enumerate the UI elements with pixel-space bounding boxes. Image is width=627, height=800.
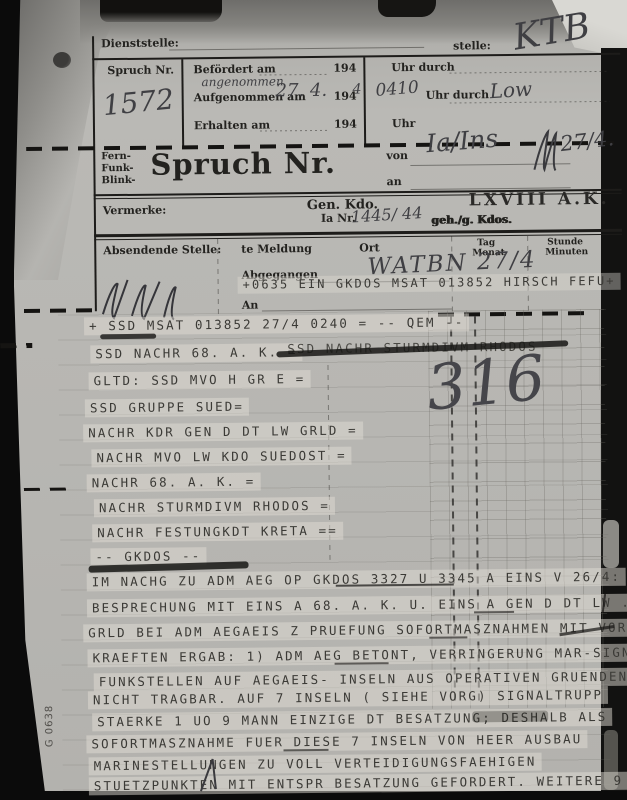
vermerke-label: Vermerke:: [103, 204, 167, 218]
stamp-number-handwritten: 1445/ 44: [350, 203, 423, 226]
dienststelle-label: Dienststelle:: [101, 36, 179, 50]
blink-label: Blink-: [101, 175, 135, 186]
an-label: an: [386, 175, 401, 188]
erhalten-label: Erhalten am: [194, 118, 270, 132]
col-minuten: Minuten: [545, 247, 588, 257]
dashed-separator-left: [24, 308, 96, 313]
message-line: NACHR KDR GEN D DT LW GRLD =: [83, 421, 363, 442]
message-line: GLTD: SSD MVO H GR E =: [89, 370, 311, 390]
message-line: SSD NACHR 68. A. K. =: [90, 343, 302, 363]
erhalten-uhr: Uhr: [392, 117, 416, 130]
margin-dashes-2: [24, 488, 72, 492]
pen-check-mark: [197, 753, 227, 793]
dienststelle-line: [169, 47, 424, 51]
aufgenommen-by: Low: [489, 77, 533, 104]
message-line: NACHR 68. A. K. =: [87, 473, 261, 493]
von-handwritten: Ia/Ins: [425, 124, 499, 159]
aufgenommen-uhr-durch: Uhr durch: [426, 88, 490, 102]
col-absendende-stelle: Absendende Stelle:: [103, 243, 221, 257]
von-date-handwritten: 27/4.: [559, 126, 615, 156]
underline-mark-masz: [429, 636, 467, 638]
spruch-title: Spruch Nr.: [150, 146, 336, 182]
message-line: NACHR FESTUNGKDT KRETA ==: [92, 522, 343, 543]
header-divider: [92, 53, 620, 61]
underline-mark-gen-d: [474, 611, 514, 613]
stelle-handwritten-value: KTB: [510, 5, 593, 58]
erhalten-year: 194: [334, 118, 357, 131]
spruch-nr-handwritten: 1572: [101, 82, 175, 122]
aufgenommen-time: 0410: [375, 77, 420, 100]
stelle-label: stelle:: [453, 39, 491, 52]
message-line: NACHR STURMDIVM RHODOS =: [94, 497, 335, 518]
leader-line: [449, 71, 609, 74]
befoerdert-year: 194: [333, 62, 356, 75]
spruch-nr-label: Spruch Nr.: [107, 63, 174, 77]
befoerdert-uhr-durch: Uhr durch: [391, 61, 455, 75]
angenommen-note: angenommen: [201, 74, 283, 89]
von-label: von: [386, 149, 408, 162]
underline-mark-ssd: [100, 334, 156, 340]
scanned-telegram-page: Dienststelle: stelle: KTB Spruch Nr. 157…: [0, 0, 627, 800]
aufgenommen-date: 27. 4.: [275, 80, 327, 102]
fern-label: Fern-: [101, 151, 131, 162]
stamp-secrecy: geh./g. Kdos.: [431, 213, 512, 227]
col-tag: Tag: [477, 238, 495, 248]
aufgenommen-year-hand: 4: [353, 81, 362, 97]
col-te-meldung: te Meldung: [241, 242, 312, 256]
col-ort: Ort: [359, 241, 380, 254]
funk-label: Funk-: [101, 163, 133, 174]
spruch-box-divider: [181, 59, 184, 147]
receipt-typed-line: +0635 EIN GKDOS MSAT 013852 HIRSCH FEFU+: [238, 273, 621, 294]
an-row-label: An: [242, 299, 259, 312]
message-line: NACHR MVO LW KDO SUEDOST =: [91, 447, 351, 468]
pen-smear-deshalb: [472, 711, 548, 723]
spruch-box-divider2: [363, 57, 366, 145]
form-left-border: [92, 36, 97, 311]
stamp-korps: LXVIII A.K.: [469, 189, 610, 210]
message-line: SSD GRUPPE SUED=: [85, 398, 249, 418]
col-stunde: Stunde: [547, 237, 583, 247]
file-number-stamp: G 0638: [44, 705, 55, 748]
leader-line: [260, 130, 330, 132]
pen-scribble: [526, 125, 567, 175]
form-content: Dienststelle: stelle: KTB Spruch Nr. 157…: [0, 0, 627, 800]
margin-dashes-1: [0, 343, 32, 348]
